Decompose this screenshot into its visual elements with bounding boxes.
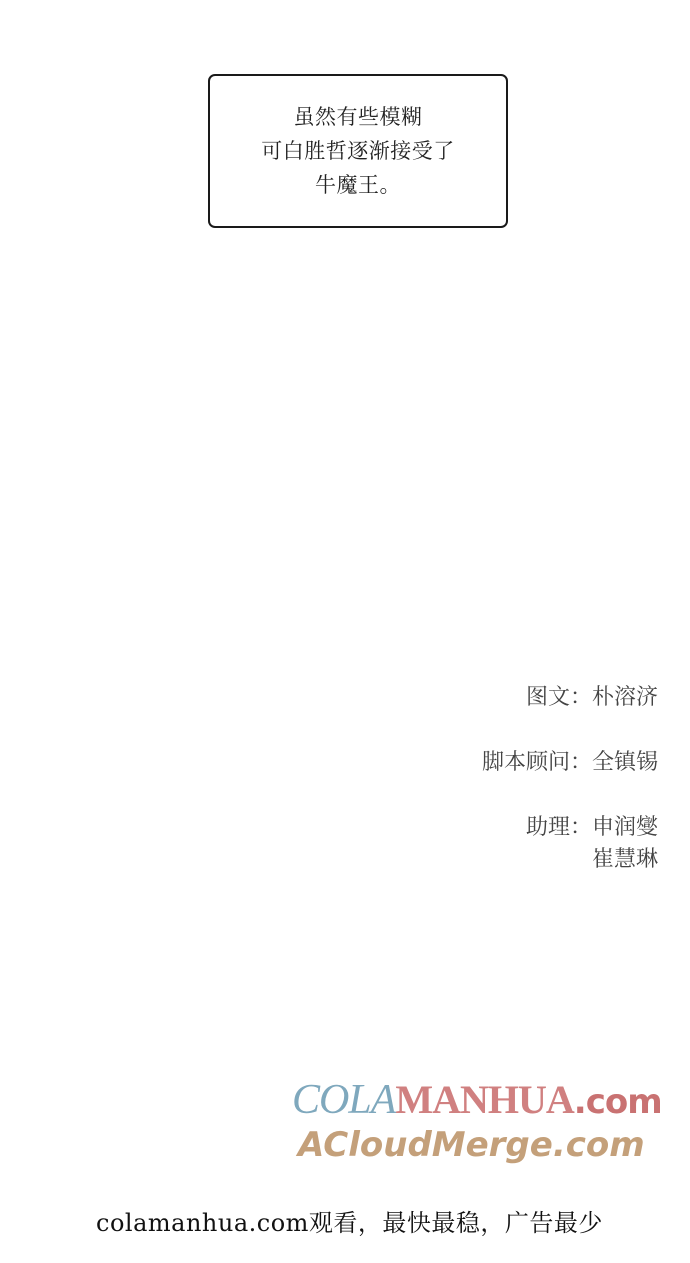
caption-line-2: 可白胜哲逐渐接受了 [261,134,455,168]
watermark-manhua: MANHUA [395,1077,573,1122]
credit-names: 申润燮 崔慧琳 [592,812,658,876]
credit-names: 全镇锡 [592,747,658,779]
credit-label: 脚本顾问： [482,747,592,779]
watermark-line-acloudmerge: ACloudMerge.com [298,1124,690,1166]
caption-line-1: 虽然有些模糊 [294,100,423,134]
footer-promo-text: colamanhua.com观看，最快最稳，广告最少 [96,1203,603,1238]
credit-label: 图文： [526,682,592,714]
watermark-com: .com [574,1082,662,1122]
credit-name: 朴溶济 [592,682,658,714]
credit-label: 助理： [526,812,592,876]
caption-line-3: 牛魔王。 [315,168,401,202]
watermark-cola: COLA [292,1077,395,1123]
watermark-line-colamanhua: COLAMANHUA.com [292,1078,690,1124]
credit-name: 申润燮 [592,812,658,844]
credit-row-assistants: 助理： 申润燮 崔慧琳 [482,812,658,876]
credit-name: 全镇锡 [592,747,658,779]
credit-row-script-advisor: 脚本顾问： 全镇锡 [482,747,658,779]
credit-names: 朴溶济 [592,682,658,714]
credits-block: 图文： 朴溶济 脚本顾问： 全镇锡 助理： 申润燮 崔慧琳 [482,682,658,909]
credit-name: 崔慧琳 [592,844,658,876]
speech-caption-box: 虽然有些模糊 可白胜哲逐渐接受了 牛魔王。 [208,74,508,228]
watermark-logo: COLAMANHUA.com ACloudMerge.com [292,1078,690,1166]
credit-row-artist: 图文： 朴溶济 [482,682,658,714]
